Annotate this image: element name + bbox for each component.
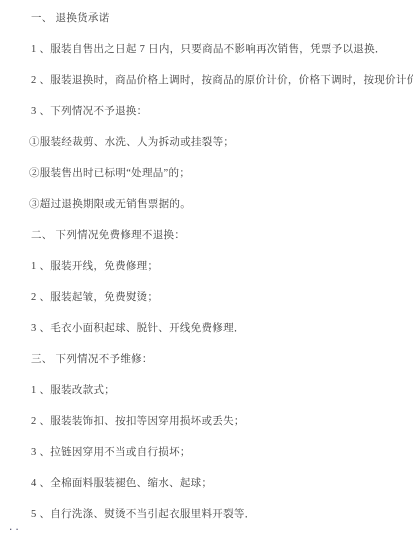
section-1-subitem-2: ②服装售出时已标明“处理品”的； <box>29 167 190 181</box>
section-1-heading: 一、 退换货承诺 <box>31 12 110 26</box>
section-2-item-3: 3 、毛衣小面积起球、脱针、开线免费修理． <box>31 322 245 336</box>
section-2-item-1: 1 、服装开线，免费修理； <box>31 260 158 274</box>
document-page: 一、 退换货承诺 1 、服装自售出之日起 7 日内，只要商品不影响再次销售，凭票… <box>0 0 413 543</box>
section-3-item-1: 1 、服装改款式； <box>31 384 115 398</box>
section-3-item-2: 2 、服装装饰扣、按扣等因穿用损坏或丢失； <box>31 415 245 429</box>
section-3-heading: 三、 下列情况不予维修： <box>31 353 153 367</box>
section-1-subitem-3: ③超过退换期限或无销售票据的。 <box>29 198 191 212</box>
section-1-subitem-1: ①服装经裁剪、水洗、人为拆动或挂裂等； <box>29 136 234 150</box>
stray-mark: .. <box>8 523 21 533</box>
section-3-item-4: 4 、全棉面料服装褪色、缩水、起球； <box>31 477 212 491</box>
section-1-item-1: 1 、服装自售出之日起 7 日内，只要商品不影响再次销售，凭票予以退换． <box>31 43 386 57</box>
section-2-item-2: 2 、服装起皱，免费熨烫； <box>31 291 158 305</box>
section-1-item-3: 3 、下列情况不予退换： <box>31 105 147 119</box>
section-3-item-5: 5 、自行洗涤、熨烫不当引起衣服里料开裂等． <box>31 508 255 522</box>
section-2-heading: 二、 下列情况免费修理不退换： <box>31 229 185 243</box>
section-1-item-2: 2 、服装退换时，商品价格上调时，按商品的原价计价，价格下调时，按现价计价。 <box>31 74 413 88</box>
section-3-item-3: 3 、拉链因穿用不当或自行损坏； <box>31 446 191 460</box>
